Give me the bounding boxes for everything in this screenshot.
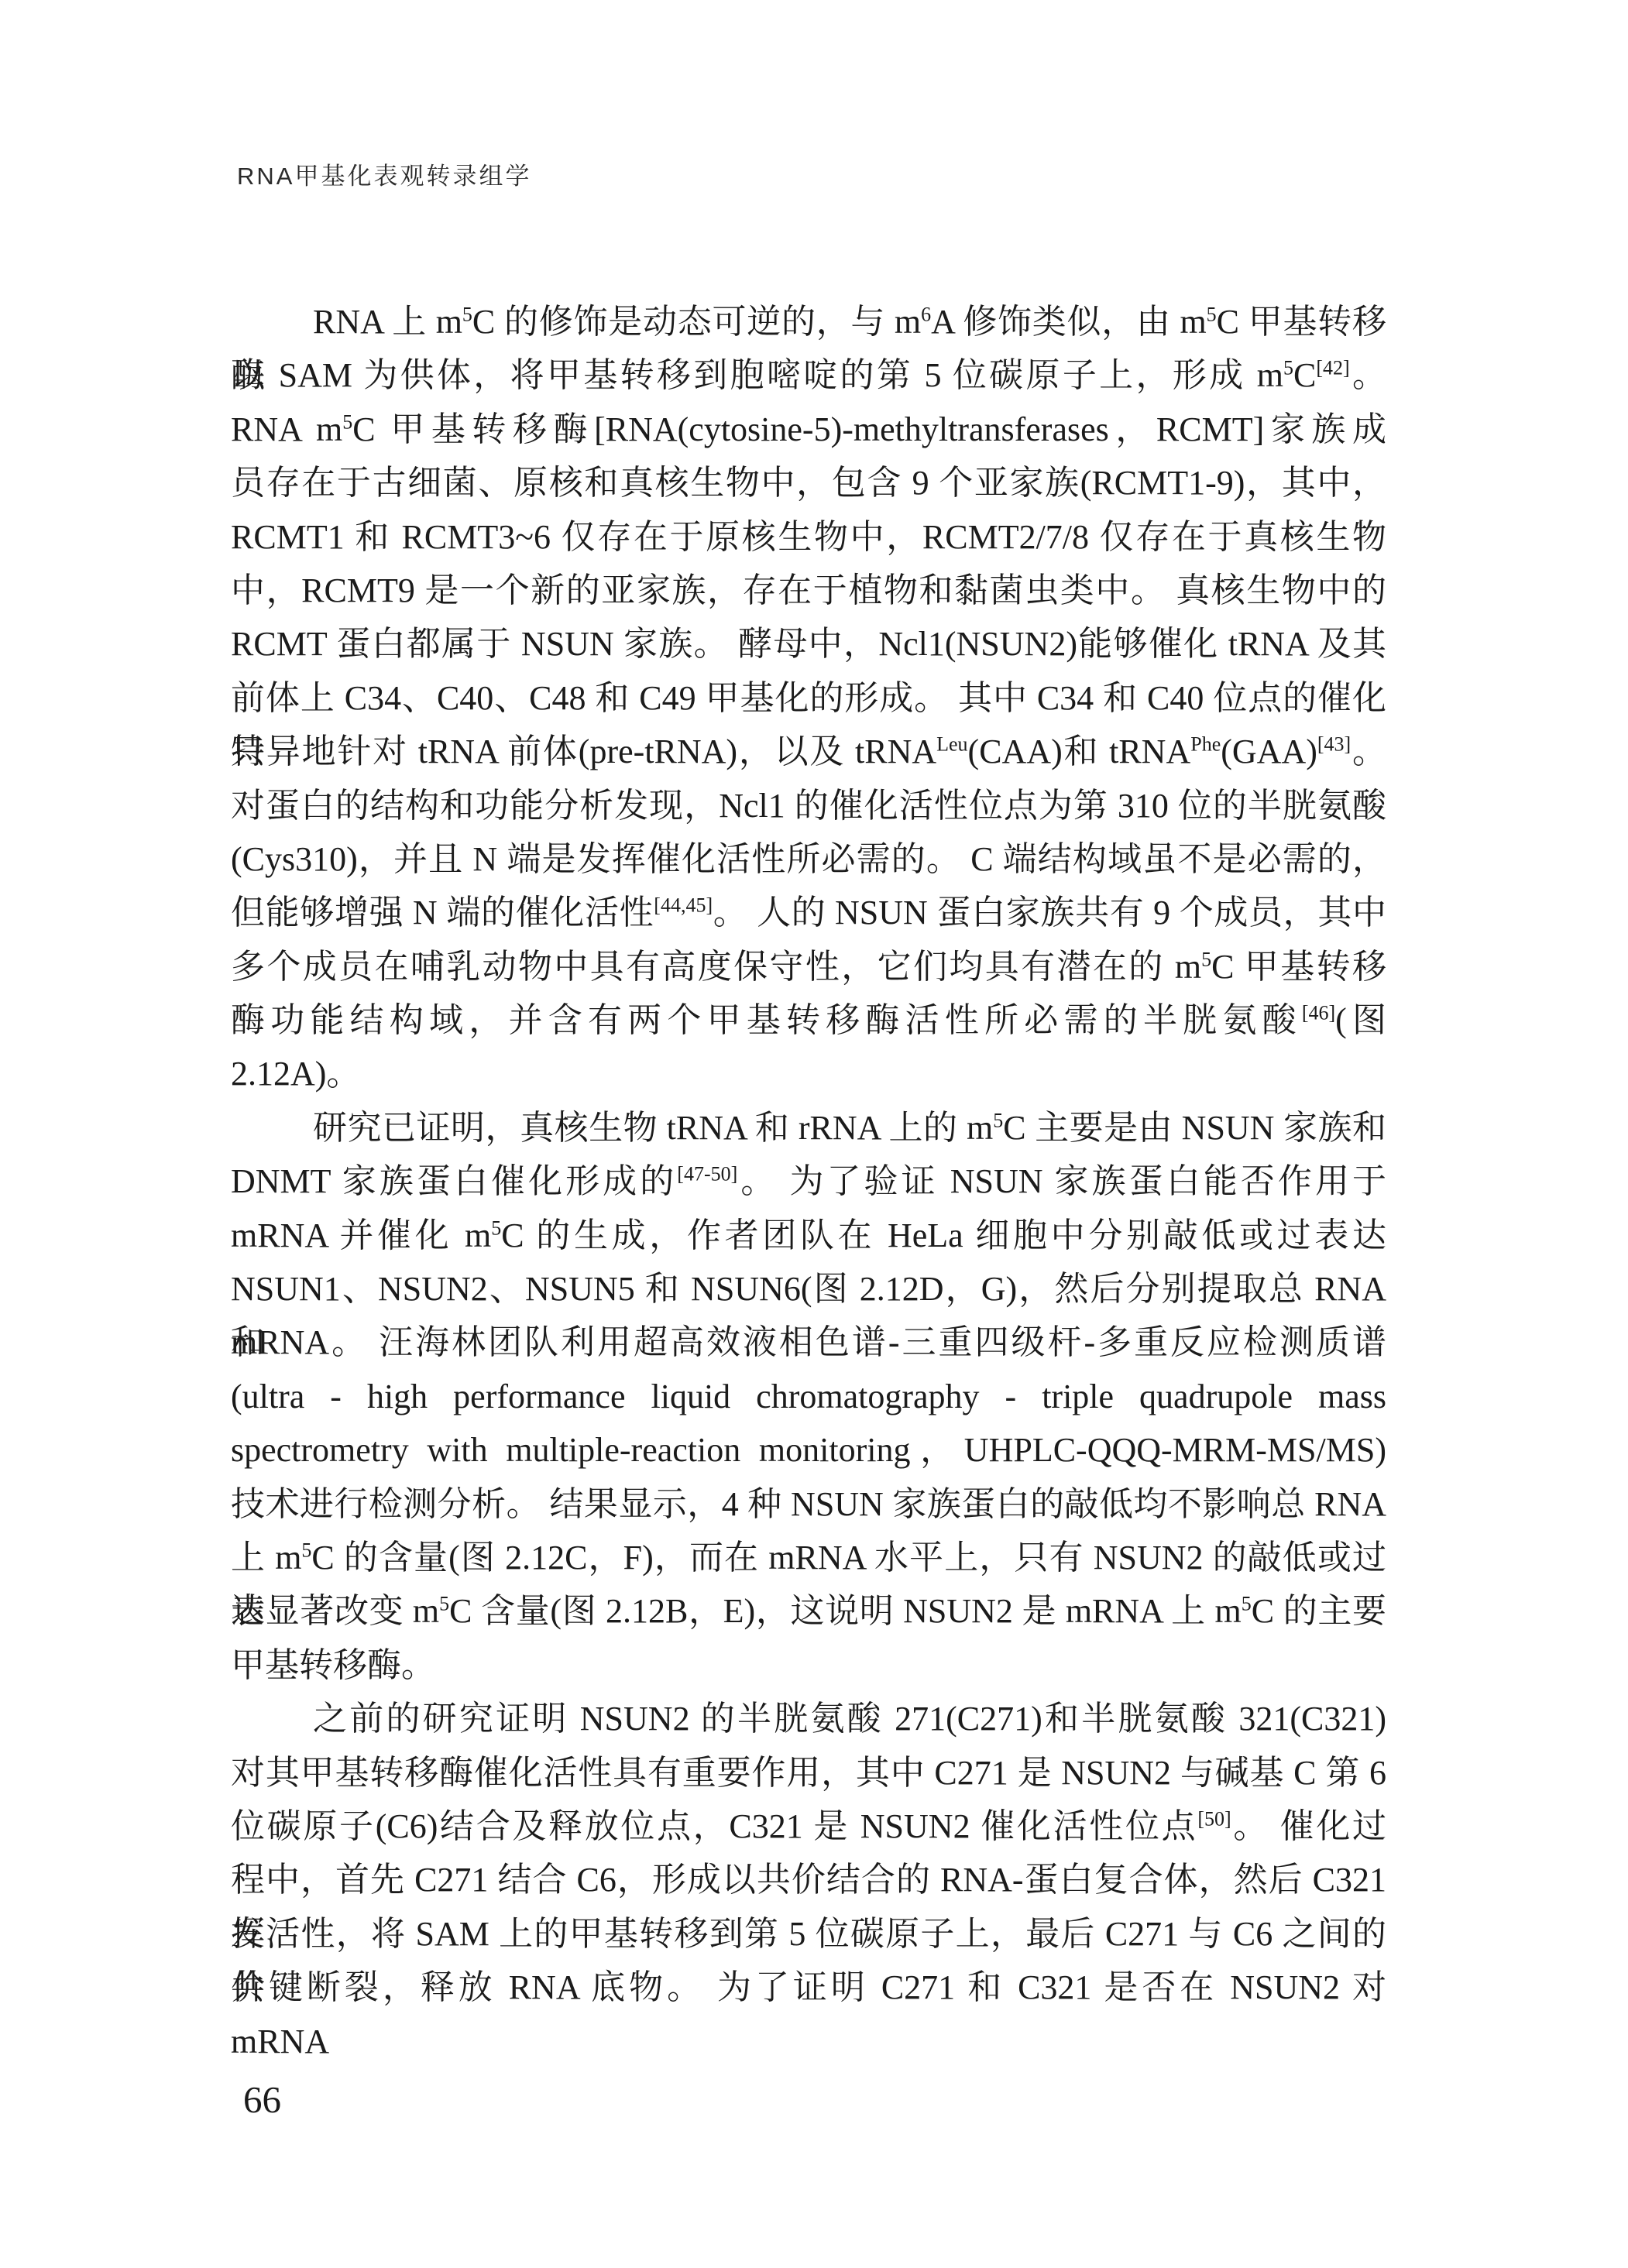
text-line: 上 m5C 的含量(图 2.12C，F)，而在 mRNA 水平上，只有 NSUN…	[231, 1531, 1386, 1584]
superscript: 5	[462, 303, 472, 325]
superscript: 5	[301, 1539, 311, 1561]
superscript: [43]	[1317, 733, 1351, 755]
text-line: 对蛋白的结构和功能分析发现，Ncl1 的催化活性位点为第 310 位的半胱氨酸	[231, 779, 1386, 832]
text-line: 酶功能结构域，并含有两个甲基转移酶活性所必需的半胱氨酸[46](图	[231, 993, 1386, 1047]
text-line: (Cys310)，并且 N 端是发挥催化活性所必需的。 C 端结构域虽不是必需的…	[231, 832, 1386, 886]
superscript: 5	[491, 1216, 501, 1239]
text-line: 达显著改变 m5C 含量(图 2.12B，E)，这说明 NSUN2 是 mRNA…	[231, 1584, 1386, 1638]
paragraph: RNA 上 m5C 的修饰是动态可逆的，与 m6A 修饰类似，由 m5C 甲基转…	[231, 295, 1386, 1101]
text-line: 程中，首先 C271 结合 C6，形成以共价结合的 RNA-蛋白复合体，然后 C…	[231, 1853, 1386, 1906]
text-line: 之前的研究证明 NSUN2 的半胱氨酸 271(C271)和半胱氨酸 321(C…	[231, 1692, 1386, 1745]
text-line: mRNA 并催化 m5C 的生成，作者团队在 HeLa 细胞中分别敲低或过表达	[231, 1209, 1386, 1262]
text-line: 但能够增强 N 端的催化活性[44,45]。 人的 NSUN 蛋白家族共有 9 …	[231, 886, 1386, 939]
text-line: 位碳原子(C6)结合及释放位点，C321 是 NSUN2 催化活性位点[50]。…	[231, 1800, 1386, 1853]
superscript: [42]	[1316, 357, 1349, 379]
superscript: 6	[921, 303, 931, 325]
superscript: 5	[1201, 948, 1211, 970]
page-number: 66	[243, 2077, 281, 2123]
text-line: 研究已证明，真核生物 tRNA 和 rRNA 上的 m5C 主要是由 NSUN …	[231, 1101, 1386, 1155]
text-line: mRNA。 汪海林团队利用超高效液相色谱-三重四级杆-多重反应检测质谱	[231, 1316, 1386, 1369]
text-line: 2.12A)。	[231, 1047, 1386, 1100]
text-line: (ultra - high performance liquid chromat…	[231, 1370, 1386, 1423]
text-line: RCMT1 和 RCMT3~6 仅存在于原核生物中，RCMT2/7/8 仅存在于…	[231, 510, 1386, 564]
superscript: 5	[993, 1109, 1003, 1131]
book-page: RNA甲基化表观转录组学 RNA 上 m5C 的修饰是动态可逆的，与 m6A 修…	[0, 0, 1628, 2268]
text-line: 对其甲基转移酶催化活性具有重要作用，其中 C271 是 NSUN2 与碱基 C …	[231, 1746, 1386, 1800]
superscript: 5	[342, 410, 352, 433]
text-line: 挥活性，将 SAM 上的甲基转移到第 5 位碳原子上，最后 C271 与 C6 …	[231, 1907, 1386, 1961]
superscript: [47-50]	[677, 1163, 737, 1185]
superscript: 5	[1283, 357, 1293, 379]
superscript: Leu	[936, 733, 967, 755]
text-line: 价键断裂，释放 RNA 底物。 为了证明 C271 和 C321 是否在 NSU…	[231, 1961, 1386, 2014]
superscript: [46]	[1302, 1001, 1335, 1024]
text-line: NSUN1、NSUN2、NSUN5 和 NSUN6(图 2.12D，G)，然后分…	[231, 1262, 1386, 1316]
text-line: 前体上 C34、C40、C48 和 C49 甲基化的形成。 其中 C34 和 C…	[231, 671, 1386, 725]
text-line: spectrometry with multiple-reaction moni…	[231, 1423, 1386, 1477]
body-text: RNA 上 m5C 的修饰是动态可逆的，与 m6A 修饰类似，由 m5C 甲基转…	[231, 295, 1386, 2015]
text-line: 特异地针对 tRNA 前体(pre-tRNA)，以及 tRNALeu(CAA)和…	[231, 725, 1386, 778]
text-line: 中，RCMT9 是一个新的亚家族，存在于植物和黏菌虫类中。 真核生物中的	[231, 564, 1386, 617]
text-line: DNMT 家族蛋白催化形成的[47-50]。 为了验证 NSUN 家族蛋白能否作…	[231, 1155, 1386, 1208]
superscript: 5	[1242, 1593, 1252, 1615]
text-line: 技术进行检测分析。 结果显示，4 种 NSUN 家族蛋白的敲低均不影响总 RNA	[231, 1477, 1386, 1531]
superscript: Phe	[1190, 733, 1221, 755]
superscript: 5	[439, 1593, 449, 1615]
superscript: [44,45]	[654, 894, 713, 917]
text-line: RNA m5C 甲基转移酶[RNA(cytosine-5)-methyltran…	[231, 403, 1386, 456]
paragraph: 研究已证明，真核生物 tRNA 和 rRNA 上的 m5C 主要是由 NSUN …	[231, 1101, 1386, 1692]
superscript: [50]	[1197, 1807, 1231, 1830]
text-line: 多个成员在哺乳动物中具有高度保守性，它们均具有潜在的 m5C 甲基转移	[231, 940, 1386, 993]
text-line: 以 SAM 为供体，将甲基转移到胞嘧啶的第 5 位碳原子上，形成 m5C[42]…	[231, 348, 1386, 402]
text-line: 员存在于古细菌、原核和真核生物中，包含 9 个亚家族(RCMT1-9)，其中，	[231, 456, 1386, 510]
superscript: 5	[1207, 303, 1217, 325]
text-line: RCMT 蛋白都属于 NSUN 家族。 酵母中，Ncl1(NSUN2)能够催化 …	[231, 617, 1386, 671]
running-header: RNA甲基化表观转录组学	[237, 156, 531, 191]
text-line: 甲基转移酶。	[231, 1638, 1386, 1692]
paragraph: 之前的研究证明 NSUN2 的半胱氨酸 271(C271)和半胱氨酸 321(C…	[231, 1692, 1386, 2014]
text-line: RNA 上 m5C 的修饰是动态可逆的，与 m6A 修饰类似，由 m5C 甲基转…	[231, 295, 1386, 348]
